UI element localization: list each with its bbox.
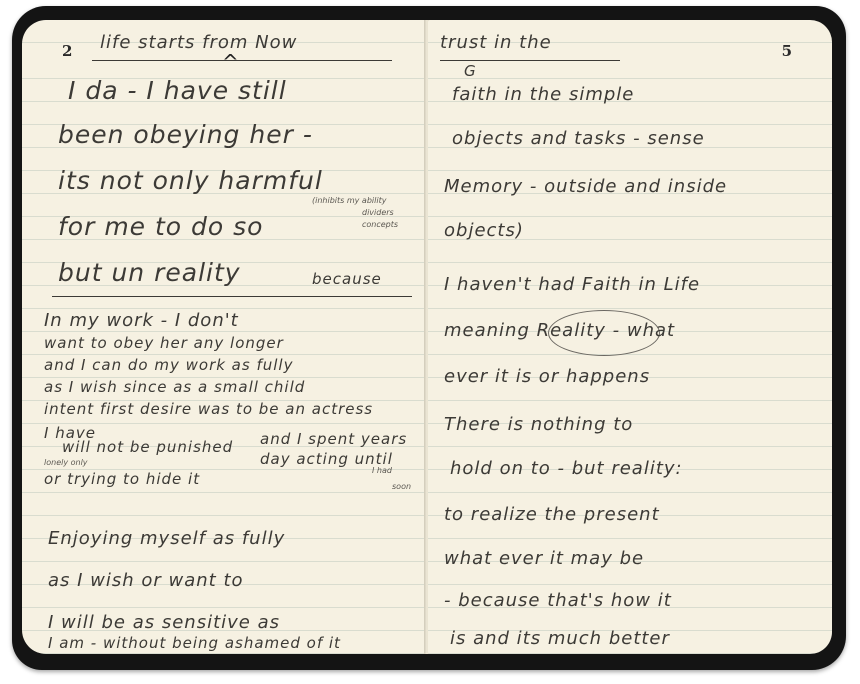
margin-note: I had	[372, 466, 392, 475]
right-page: 5 trust in the G faith in the simple obj…	[428, 20, 832, 654]
handwritten-line: been obeying her -	[58, 120, 313, 149]
handwritten-line: but un reality	[58, 258, 241, 287]
left-page-heading: life starts from Now	[100, 32, 297, 53]
handwritten-line: its not only harmful	[58, 166, 323, 195]
insert-arrow-icon: ^	[222, 50, 239, 74]
margin-note: soon	[392, 482, 411, 491]
margin-note: concepts	[362, 220, 398, 229]
handwritten-line: In my work - I don't	[44, 310, 239, 331]
handwritten-line: want to obey her any longer	[44, 334, 284, 352]
section-divider	[52, 296, 412, 297]
left-page: 2 life starts from Now ^ I da - I have s…	[22, 20, 426, 654]
margin-note: (inhibits my ability	[312, 196, 386, 205]
handwritten-line: will not be punished	[62, 438, 233, 456]
handwritten-line: faith in the simple	[452, 84, 634, 105]
handwritten-line: - because that's how it	[444, 590, 672, 611]
handwritten-line: objects)	[444, 220, 524, 241]
handwritten-line: as I wish or want to	[48, 570, 244, 591]
right-page-heading: trust in the	[440, 32, 552, 53]
insert-mark: G	[464, 62, 477, 80]
handwritten-line: I am - without being ashamed of it	[48, 634, 341, 652]
margin-note: dividers	[362, 208, 394, 217]
handwritten-line: Memory - outside and inside	[444, 176, 727, 197]
handwritten-line: to realize the present	[444, 504, 660, 525]
heading-underline	[440, 60, 620, 61]
handwritten-line: or trying to hide it	[44, 470, 200, 488]
margin-note: because	[312, 270, 382, 288]
handwritten-line: Enjoying myself as fully	[48, 528, 285, 549]
handwritten-line: hold on to - but reality:	[450, 458, 683, 479]
handwritten-line: I will be as sensitive as	[48, 612, 280, 633]
handwritten-line: what ever it may be	[444, 548, 644, 569]
right-page-number: 5	[782, 42, 792, 60]
handwritten-line: is and its much better	[450, 628, 670, 649]
handwritten-line: intent first desire was to be an actress	[44, 400, 373, 418]
handwritten-line: meaning Reality - what	[444, 320, 675, 341]
handwritten-line: and I can do my work as fully	[44, 356, 293, 374]
handwritten-line: objects and tasks - sense	[452, 128, 705, 149]
handwritten-line: for me to do so	[58, 212, 263, 241]
left-page-number: 2	[62, 42, 72, 60]
margin-note: and I spent years	[260, 430, 407, 448]
handwritten-line: as I wish since as a small child	[44, 378, 305, 396]
handwritten-line: I da - I have still	[68, 76, 287, 105]
heading-underline	[92, 60, 392, 61]
notebook-cover: 2 life starts from Now ^ I da - I have s…	[12, 6, 846, 670]
handwritten-line: lonely only	[44, 458, 88, 467]
handwritten-line: I haven't had Faith in Life	[444, 274, 700, 295]
handwritten-line: ever it is or happens	[444, 366, 650, 387]
handwritten-line: There is nothing to	[444, 414, 633, 435]
